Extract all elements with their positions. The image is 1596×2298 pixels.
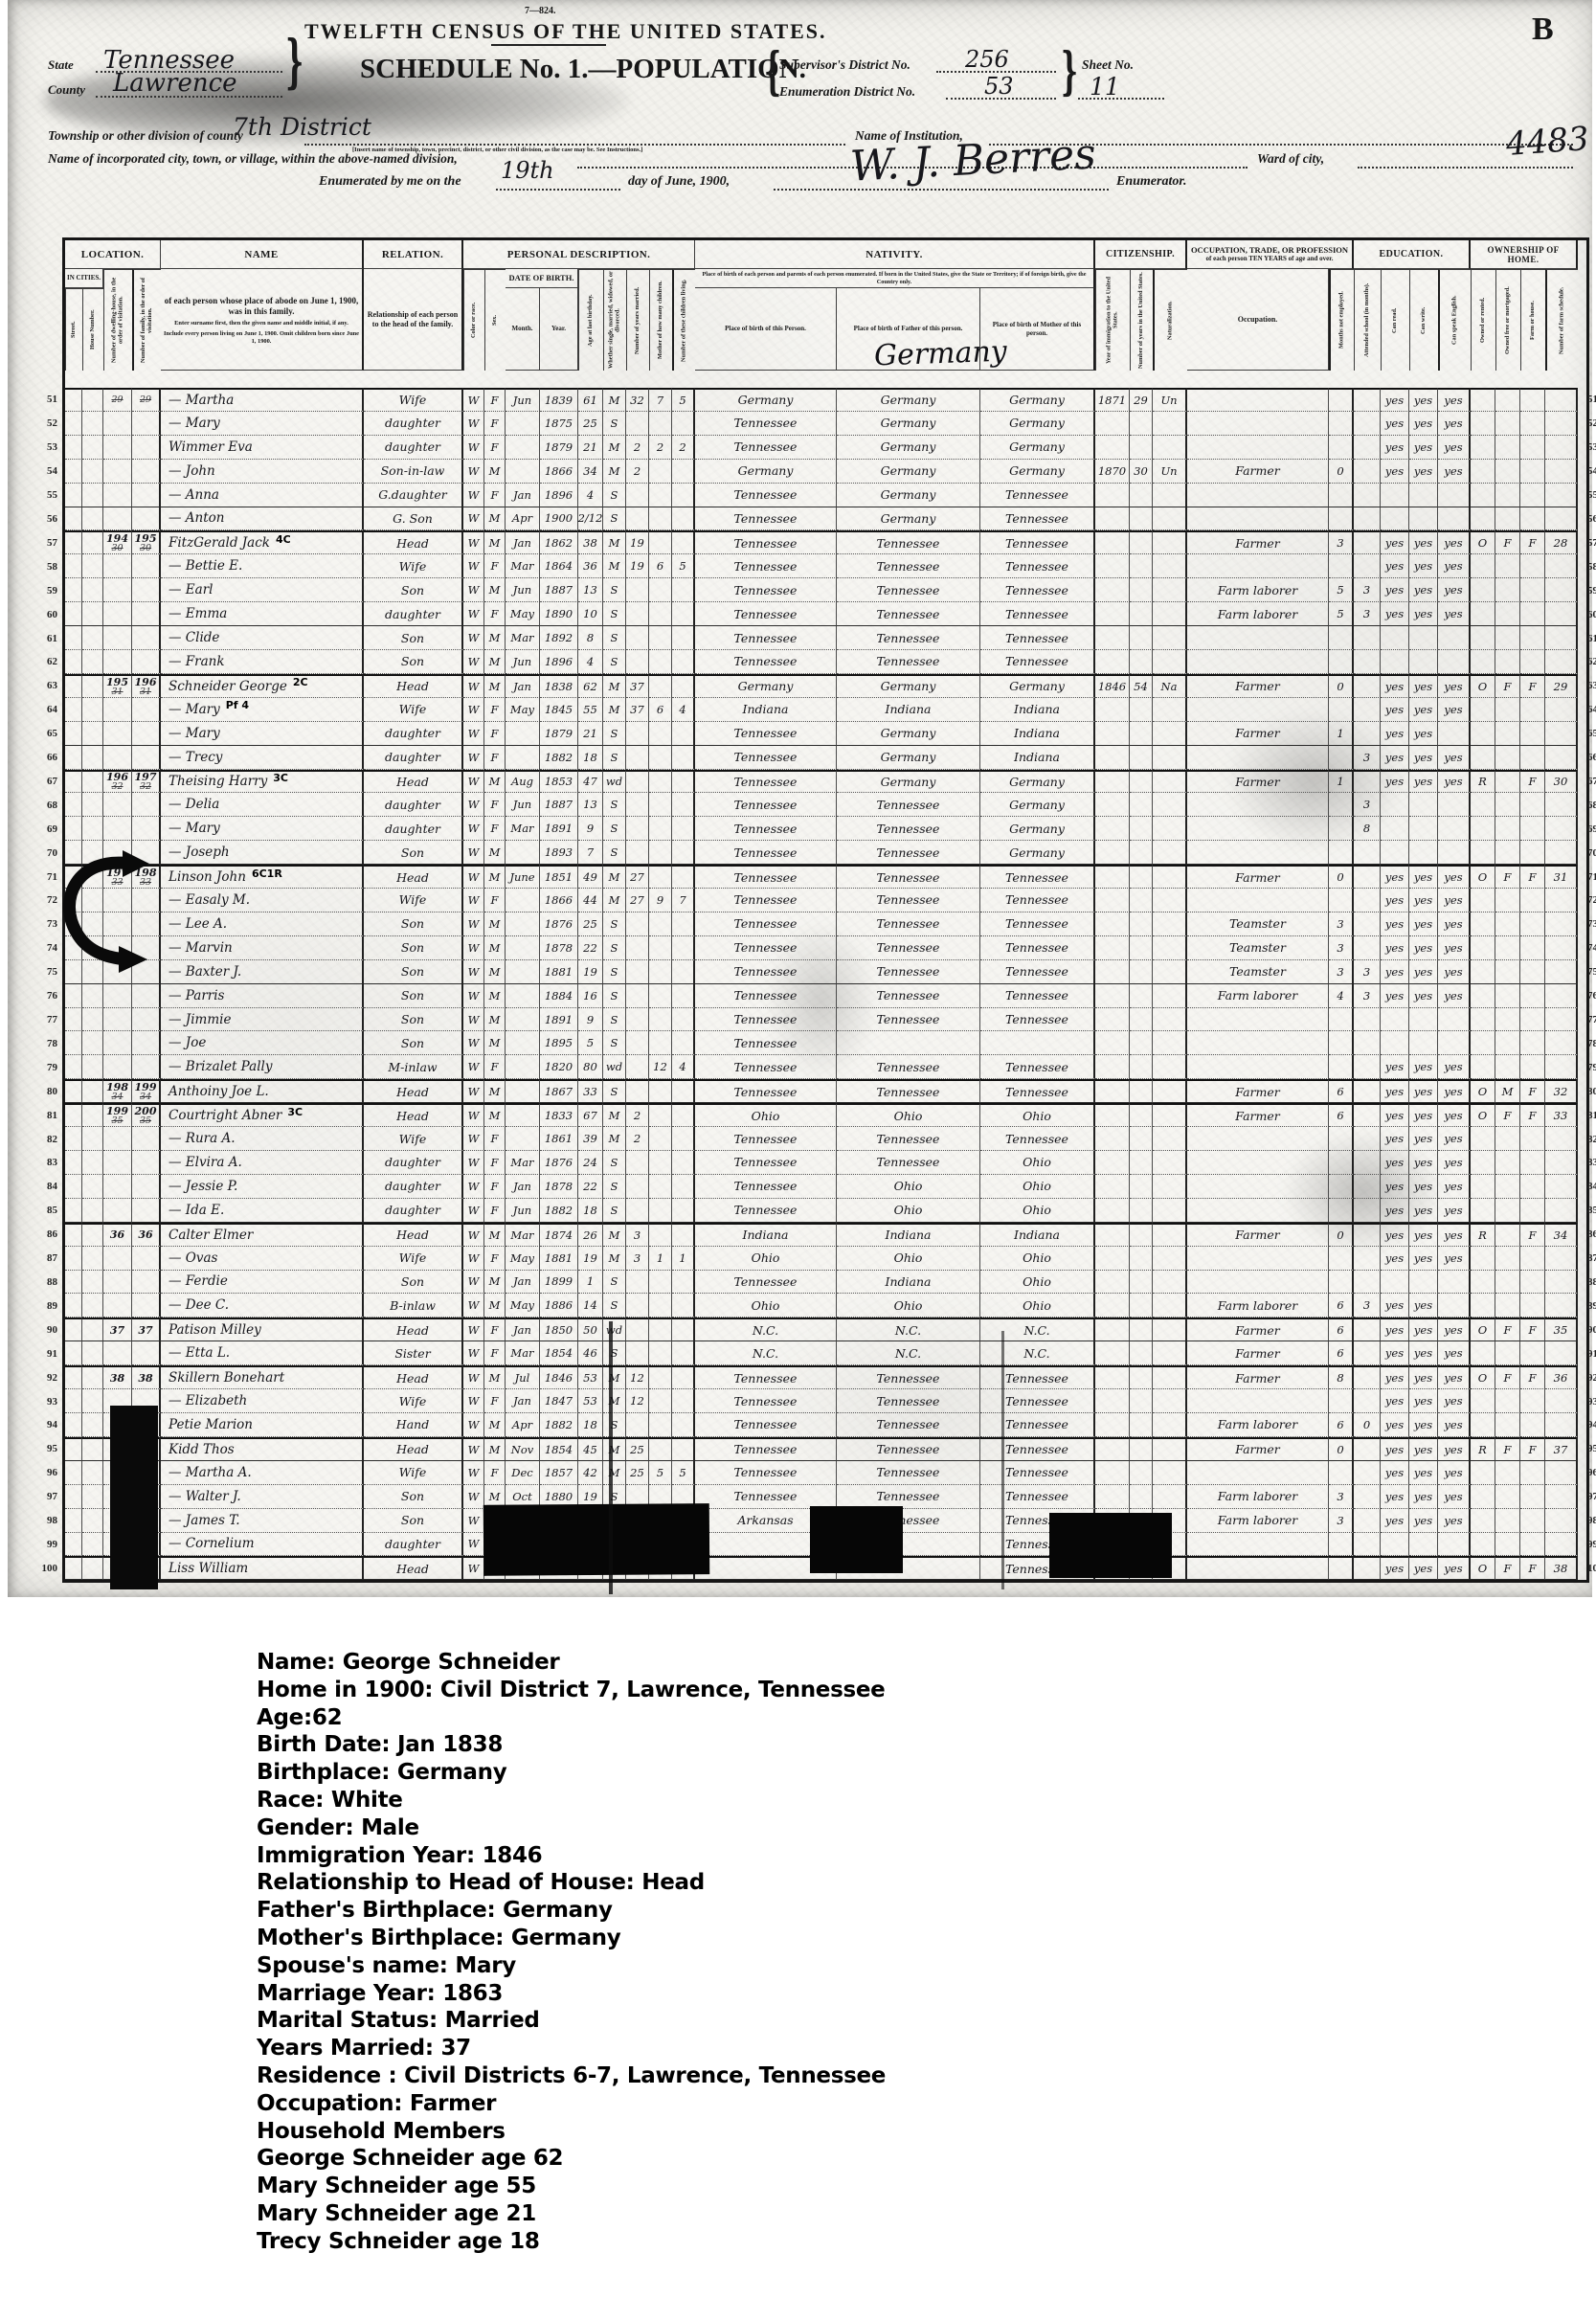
cell-yu	[1130, 1151, 1153, 1175]
cell-dw	[103, 1127, 132, 1151]
cell-en: yes	[1438, 936, 1471, 960]
row-number: 64	[1587, 698, 1596, 722]
cell-yr: 1875	[540, 412, 578, 436]
cell-fh: F	[1520, 674, 1545, 698]
cell-st	[65, 746, 82, 770]
enumerator-annotation: 3C	[273, 772, 288, 784]
cell-im	[1095, 1271, 1130, 1295]
cell-dw	[103, 1294, 132, 1318]
ink-streak	[609, 1321, 613, 1594]
cell-hn	[82, 484, 103, 507]
cell-fm	[1495, 1223, 1520, 1247]
cell-fm	[1495, 1031, 1520, 1055]
cell-ns	[1545, 984, 1578, 1008]
cell-occ	[1187, 1151, 1329, 1175]
cell-pm: Ohio	[980, 1271, 1095, 1295]
cell-rd	[1381, 1008, 1409, 1032]
cell-m: M	[603, 1461, 626, 1485]
cell-na	[1153, 984, 1187, 1008]
cell-fm	[1495, 889, 1520, 912]
cell-pb: Tennessee	[695, 412, 837, 436]
row-number: 60	[47, 602, 57, 626]
cell-occ: Farmer	[1187, 1223, 1329, 1247]
cell-rd: yes	[1381, 1055, 1409, 1079]
cell-en	[1438, 484, 1471, 507]
cell-dw	[103, 436, 132, 460]
cell-cl	[672, 793, 695, 817]
cell-name: — Mary	[161, 817, 364, 841]
row-number: 56	[47, 507, 57, 531]
cell-mo: Dec	[506, 1461, 540, 1485]
cell-ym	[626, 1055, 649, 1079]
enumeration-day: 19th	[501, 157, 554, 184]
cell-mo: Mar	[506, 1151, 540, 1175]
cell-pf: Indiana	[837, 1271, 980, 1295]
cell-dw: 37	[103, 1318, 132, 1341]
cell-yu	[1130, 1199, 1153, 1223]
row-number: 75	[1587, 960, 1596, 984]
cell-im	[1095, 602, 1130, 626]
cell-mo: Jan	[506, 1389, 540, 1413]
cell-st	[65, 817, 82, 841]
cell-im	[1095, 865, 1130, 889]
cell-ns	[1545, 602, 1578, 626]
cell-sc	[1354, 507, 1381, 531]
cell-s: M	[484, 865, 506, 889]
cell-age: 22	[578, 936, 603, 960]
cell-occ: Farm laborer	[1187, 984, 1329, 1008]
cell-c: W	[463, 530, 484, 554]
header-years-married: Number of years married.	[626, 269, 649, 371]
cell-mc: 1	[649, 1247, 672, 1271]
cell-fa: 38	[132, 1365, 161, 1389]
cell-c: W	[463, 412, 484, 436]
cell-fh	[1520, 388, 1545, 412]
cell-im	[1095, 793, 1130, 817]
cell-im	[1095, 1031, 1130, 1055]
row-number: 91	[1587, 1341, 1596, 1365]
cell-rd: yes	[1381, 1294, 1409, 1318]
cell-na	[1153, 1341, 1187, 1365]
header-farm-schedule: Number of farm schedule.	[1545, 269, 1578, 371]
cell-fa	[132, 578, 161, 602]
cell-name: — Elizabeth	[161, 1389, 364, 1413]
cell-ym: 12	[626, 1365, 649, 1389]
cell-mne	[1329, 1461, 1354, 1485]
cell-mo: Jun	[506, 793, 540, 817]
cell-ow	[1471, 984, 1495, 1008]
cell-mo: Jan	[506, 530, 540, 554]
cell-c: W	[463, 912, 484, 936]
cell-mo: Aug	[506, 770, 540, 794]
header-name-title: NAME	[161, 240, 364, 269]
cell-name: Liss William	[161, 1556, 364, 1580]
cell-m: wd	[603, 1055, 626, 1079]
cell-occ: Farmer	[1187, 1079, 1329, 1103]
ink-streak	[1001, 1331, 1004, 1589]
row-number: 89	[47, 1294, 57, 1318]
cell-st	[65, 1509, 82, 1533]
cell-ns: 30	[1545, 770, 1578, 794]
header-dob: DATE OF BIRTH.	[506, 269, 578, 288]
cell-wr: yes	[1409, 1103, 1438, 1127]
cell-yu	[1130, 1318, 1153, 1341]
cell-pf: Indiana	[837, 1223, 980, 1247]
cell-occ	[1187, 1008, 1329, 1032]
cell-mne: 1	[1329, 722, 1354, 746]
cell-fm	[1495, 484, 1520, 507]
cell-rd: yes	[1381, 865, 1409, 889]
cell-occ	[1187, 507, 1329, 531]
cell-mne: 3	[1329, 1509, 1354, 1533]
cell-pm: Tennessee	[980, 1461, 1095, 1485]
cell-yr: 1876	[540, 912, 578, 936]
cell-dw	[103, 1199, 132, 1223]
cell-pb: Tennessee	[695, 507, 837, 531]
cell-ow: O	[1471, 1079, 1495, 1103]
cell-cl	[672, 1103, 695, 1127]
cell-na	[1153, 960, 1187, 984]
cell-yr: 1866	[540, 889, 578, 912]
cell-na	[1153, 1461, 1187, 1485]
cell-pm: Tennessee	[980, 960, 1095, 984]
cell-mne	[1329, 817, 1354, 841]
cell-m: M	[603, 1437, 626, 1461]
cell-sc	[1354, 1365, 1381, 1389]
cell-fm	[1495, 936, 1520, 960]
cell-s: M	[484, 578, 506, 602]
cell-s: F	[484, 1247, 506, 1271]
cell-cl	[672, 626, 695, 650]
cell-wr: yes	[1409, 412, 1438, 436]
cell-yu	[1130, 960, 1153, 984]
cell-yr: 1866	[540, 460, 578, 484]
cell-cl	[672, 746, 695, 770]
cell-pm: Tennessee	[980, 507, 1095, 531]
cell-c: W	[463, 626, 484, 650]
row-number: 61	[1587, 626, 1596, 650]
sheet-letter: B	[1532, 11, 1554, 48]
cell-age: 18	[578, 1413, 603, 1437]
cell-rd	[1381, 817, 1409, 841]
cell-s: F	[484, 484, 506, 507]
cell-name: Calter Elmer	[161, 1223, 364, 1247]
cell-rel: Son	[364, 1509, 463, 1533]
cell-fm	[1495, 1294, 1520, 1318]
row-number: 85	[1587, 1199, 1596, 1223]
cell-rel: Head	[364, 1103, 463, 1127]
cell-occ	[1187, 1461, 1329, 1485]
cell-wr: yes	[1409, 746, 1438, 770]
row-number: 58	[1587, 554, 1596, 578]
cell-yr: 1847	[540, 1389, 578, 1413]
row-number: 85	[47, 1199, 57, 1223]
cell-pm: Tennessee	[980, 484, 1095, 507]
cell-m: S	[603, 626, 626, 650]
cell-pb: Tennessee	[695, 484, 837, 507]
cell-fm: M	[1495, 1079, 1520, 1103]
cell-fm: F	[1495, 1556, 1520, 1580]
cell-cl	[672, 484, 695, 507]
cell-fm	[1495, 460, 1520, 484]
cell-fh	[1520, 1413, 1545, 1437]
cell-rel: Son	[364, 1485, 463, 1509]
cell-fh	[1520, 841, 1545, 865]
cell-dw	[103, 460, 132, 484]
cell-name: — Anna	[161, 484, 364, 507]
cell-cl: 4	[672, 1055, 695, 1079]
enumerator-annotation: Pf 4	[226, 699, 249, 711]
cell-en: yes	[1438, 1223, 1471, 1247]
cell-fh	[1520, 1271, 1545, 1295]
cell-ym: 27	[626, 889, 649, 912]
cell-ow	[1471, 1127, 1495, 1151]
cell-mne: 6	[1329, 1103, 1354, 1127]
cell-age: 50	[578, 1318, 603, 1341]
cell-pf: Tennessee	[837, 1413, 980, 1437]
cell-fh	[1520, 507, 1545, 531]
cell-ow	[1471, 1389, 1495, 1413]
cell-st	[65, 1055, 82, 1079]
cell-cl	[672, 530, 695, 554]
cell-yr: 1853	[540, 770, 578, 794]
cell-pb: Tennessee	[695, 1055, 837, 1079]
cell-yu	[1130, 650, 1153, 674]
cell-wr: yes	[1409, 912, 1438, 936]
cell-occ: Farmer	[1187, 722, 1329, 746]
cell-name: — John	[161, 460, 364, 484]
cell-name: — Ferdie	[161, 1271, 364, 1295]
cell-mo: Jul	[506, 1365, 540, 1389]
summary-line: Home in 1900: Civil District 7, Lawrence…	[257, 1677, 1310, 1704]
cell-mne: 3	[1329, 1485, 1354, 1509]
cell-name: Wimmer Eva	[161, 436, 364, 460]
cell-st	[65, 1461, 82, 1485]
cell-im	[1095, 960, 1130, 984]
cell-m: M	[603, 1247, 626, 1271]
cell-ow	[1471, 554, 1495, 578]
cell-ns	[1545, 817, 1578, 841]
cell-mc: 5	[649, 1461, 672, 1485]
cell-fh	[1520, 460, 1545, 484]
cell-yu: 30	[1130, 460, 1153, 484]
cell-wr: yes	[1409, 1556, 1438, 1580]
cell-age: 80	[578, 1055, 603, 1079]
cell-m: M	[603, 1365, 626, 1389]
hand-drawn-arrow	[50, 845, 149, 979]
cell-ow: O	[1471, 530, 1495, 554]
cell-pb: Tennessee	[695, 626, 837, 650]
cell-s: M	[484, 1294, 506, 1318]
cell-mc	[649, 1318, 672, 1341]
cell-fm: F	[1495, 530, 1520, 554]
cell-en	[1438, 650, 1471, 674]
row-number: 73	[1587, 912, 1596, 936]
cell-rel: Son	[364, 650, 463, 674]
cell-rd: yes	[1381, 1199, 1409, 1223]
cell-na	[1153, 1294, 1187, 1318]
row-number: 100	[42, 1556, 58, 1580]
row-number: 55	[1587, 484, 1596, 507]
cell-pb: Tennessee	[695, 554, 837, 578]
cell-fa	[132, 984, 161, 1008]
row-number: 92	[1587, 1365, 1596, 1389]
cell-ym	[626, 722, 649, 746]
cell-rd	[1381, 484, 1409, 507]
cell-mne	[1329, 1556, 1354, 1580]
cell-m: S	[603, 412, 626, 436]
cell-pb: Indiana	[695, 698, 837, 722]
cell-pb: Tennessee	[695, 436, 837, 460]
row-number: 95	[1587, 1437, 1596, 1461]
cell-c: W	[463, 1294, 484, 1318]
cell-mne: 5	[1329, 602, 1354, 626]
cell-rd: yes	[1381, 1461, 1409, 1485]
cell-sc	[1354, 1031, 1381, 1055]
cell-ow	[1471, 698, 1495, 722]
cell-mc	[649, 578, 672, 602]
cell-c: W	[463, 650, 484, 674]
cell-mc	[649, 507, 672, 531]
cell-st	[65, 1341, 82, 1365]
cell-en: yes	[1438, 388, 1471, 412]
cell-mo: Mar	[506, 1341, 540, 1365]
cell-na	[1153, 889, 1187, 912]
cell-dw	[103, 1271, 132, 1295]
cell-ym	[626, 1199, 649, 1223]
row-number: 98	[1587, 1509, 1596, 1533]
cell-name: Petie Marion	[161, 1413, 364, 1437]
cell-fa	[132, 1271, 161, 1295]
cell-sc: 3	[1354, 793, 1381, 817]
cell-cl: 5	[672, 1461, 695, 1485]
cell-c: W	[463, 1103, 484, 1127]
county-label: County	[48, 82, 85, 98]
cell-mc	[649, 817, 672, 841]
cell-fa	[132, 650, 161, 674]
cell-m: M	[603, 530, 626, 554]
cell-pf: Indiana	[837, 698, 980, 722]
cell-fm	[1495, 1127, 1520, 1151]
cell-pf: Ohio	[837, 1199, 980, 1223]
cell-sc	[1354, 912, 1381, 936]
cell-ow	[1471, 960, 1495, 984]
cell-pm: Ohio	[980, 1103, 1095, 1127]
cell-ow	[1471, 436, 1495, 460]
row-number: 98	[47, 1509, 57, 1533]
cell-fm	[1495, 1485, 1520, 1509]
cell-occ	[1187, 1271, 1329, 1295]
cell-age: 14	[578, 1294, 603, 1318]
cell-mc	[649, 484, 672, 507]
cell-yu	[1130, 841, 1153, 865]
cell-fh	[1520, 1294, 1545, 1318]
cell-yu	[1130, 1365, 1153, 1389]
cell-hn	[82, 1199, 103, 1223]
cell-rel: Son-in-law	[364, 460, 463, 484]
cell-name: — Etta L.	[161, 1341, 364, 1365]
cell-im	[1095, 698, 1130, 722]
cell-pb: Ohio	[695, 1103, 837, 1127]
cell-fm	[1495, 1271, 1520, 1295]
cell-ns	[1545, 1247, 1578, 1271]
cell-mne: 0	[1329, 865, 1354, 889]
cell-mc	[649, 960, 672, 984]
cell-ow: O	[1471, 1365, 1495, 1389]
cell-yr: 1854	[540, 1437, 578, 1461]
cell-ow	[1471, 507, 1495, 531]
enumerator-annotation: 6C1R	[252, 867, 282, 880]
cell-mc	[649, 746, 672, 770]
summary-line: Birthplace: Germany	[257, 1759, 1310, 1787]
cell-ow	[1471, 602, 1495, 626]
cell-wr	[1409, 1008, 1438, 1032]
cell-mo	[506, 1127, 540, 1151]
cell-en	[1438, 507, 1471, 531]
row-number: 94	[1587, 1413, 1596, 1437]
cell-yu: 54	[1130, 674, 1153, 698]
cell-name: — Mary	[161, 722, 364, 746]
cell-m: S	[603, 578, 626, 602]
cell-mo	[506, 1008, 540, 1032]
cell-cl	[672, 1008, 695, 1032]
row-number: 66	[47, 746, 57, 770]
cell-mne	[1329, 1055, 1354, 1079]
cell-hn	[82, 507, 103, 531]
cell-dw	[103, 1008, 132, 1032]
cell-hn	[82, 698, 103, 722]
header-in-cities: IN CITIES.	[65, 269, 103, 288]
cell-ns	[1545, 698, 1578, 722]
cell-mc	[649, 984, 672, 1008]
cell-name: Schneider George2C	[161, 674, 364, 698]
cell-sc	[1354, 1341, 1381, 1365]
cell-st	[65, 626, 82, 650]
cell-ym	[626, 1341, 649, 1365]
cell-en: yes	[1438, 1461, 1471, 1485]
cell-na	[1153, 865, 1187, 889]
cell-m: M	[603, 1127, 626, 1151]
cell-en: yes	[1438, 460, 1471, 484]
cell-fh	[1520, 722, 1545, 746]
cell-ym: 19	[626, 554, 649, 578]
cell-fh: F	[1520, 770, 1545, 794]
cell-rd: yes	[1381, 984, 1409, 1008]
cell-mne	[1329, 1389, 1354, 1413]
cell-name: FitzGerald Jack4C	[161, 530, 364, 554]
summary-line: Relationship to Head of House: Head	[257, 1869, 1310, 1897]
cell-c: W	[463, 936, 484, 960]
cell-age: 21	[578, 722, 603, 746]
cell-im	[1095, 1008, 1130, 1032]
cell-sc	[1354, 436, 1381, 460]
cell-im	[1095, 770, 1130, 794]
cell-yu	[1130, 817, 1153, 841]
cell-na	[1153, 936, 1187, 960]
cell-dw	[103, 1247, 132, 1271]
cell-mne	[1329, 388, 1354, 412]
cell-cl	[672, 1318, 695, 1341]
cell-rel: Head	[364, 1318, 463, 1341]
cell-pm: Germany	[980, 436, 1095, 460]
cell-ym	[626, 1271, 649, 1295]
cell-s: F	[484, 817, 506, 841]
cell-pb: Tennessee	[695, 1413, 837, 1437]
cell-name: — Mary	[161, 412, 364, 436]
cell-hn	[82, 1294, 103, 1318]
cell-yu	[1130, 889, 1153, 912]
cell-occ: Farmer	[1187, 865, 1329, 889]
